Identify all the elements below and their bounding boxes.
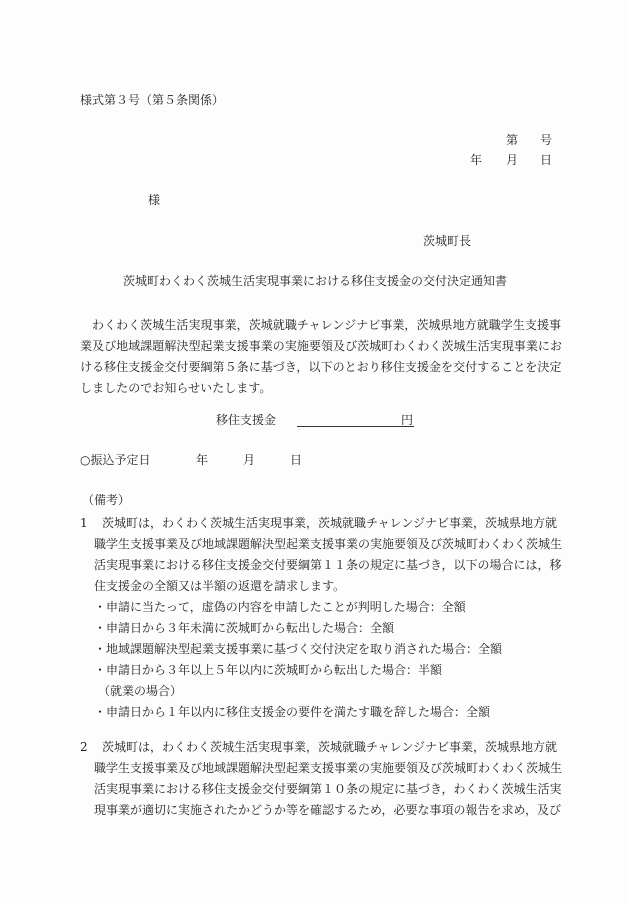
note-line: 住支援金の全額又は半額の返還を請求します。 <box>80 576 560 597</box>
transfer-year: 年 <box>196 454 208 466</box>
note-line: 職学生支援事業及び地域課題解決型起業支援事業の実施要領及び茨城町わくわく茨城生 <box>80 758 560 779</box>
note-1: 1茨城町は，わくわく茨城生活実現事業，茨城就職チャレンジナビ事業，茨城県地方就 … <box>80 513 560 723</box>
body-line: ける移住支援金交付要綱第５条に基づき，以下のとおり移住支援金を交付することを決定 <box>80 357 552 378</box>
note-line: 活実現事業における移住支援金交付要綱第１１条の規定に基づき，以下の場合には，移 <box>80 555 560 576</box>
body-line: しましたのでお知らせいたします。 <box>80 378 552 399</box>
note-subheading: （就業の場合） <box>80 681 560 702</box>
addressee: 様 <box>148 194 160 206</box>
date-year: 年 <box>470 154 482 166</box>
body-paragraph: わくわく茨城生活実現事業，茨城就職チャレンジナビ事業，茨城県地方就職学生支援事 … <box>80 315 552 399</box>
form-number: 様式第３号（第５条関係） <box>80 94 224 106</box>
note-bullet: ・申請日から３年未満に茨城町から転出した場合：全額 <box>80 618 560 639</box>
issuer: 茨城町長 <box>423 235 471 247</box>
transfer-date-label: ○振込予定日 <box>80 454 150 466</box>
body-line: 業及び地域課題解決型起業支援事業の実施要領及び茨城町わくわく茨城生活実現事業にお <box>80 336 552 357</box>
note-number: 1 <box>80 513 102 534</box>
note-number: 2 <box>80 737 102 758</box>
amount-label: 移住支援金 <box>216 414 276 426</box>
date-month: 月 <box>506 154 518 166</box>
amount-unit: 円 <box>401 414 413 426</box>
transfer-month: 月 <box>243 454 255 466</box>
note-bullet: ・地域課題解決型起業支援事業に基づく交付決定を取り消された場合：全額 <box>80 639 560 660</box>
document-title: 茨城町わくわく茨城生活実現事業における移住支援金の交付決定通知書 <box>0 275 630 287</box>
note-line: 現事業が適切に実施されたかどうか等を確認するため，必要な事項の報告を求め，及び <box>80 800 560 821</box>
doc-number-suffix: 号 <box>540 134 552 146</box>
amount-blank-line <box>297 426 414 427</box>
note-bullet: ・申請日から１年以内に移住支援金の要件を満たす職を辞した場合：全額 <box>80 702 560 723</box>
doc-number-prefix: 第 <box>506 134 518 146</box>
transfer-day: 日 <box>290 454 302 466</box>
note-line: 活実現事業における移住支援金交付要綱第１０条の規定に基づき，わくわく茨城生活実 <box>80 779 560 800</box>
note-2: 2茨城町は，わくわく茨城生活実現事業，茨城就職チャレンジナビ事業，茨城県地方就 … <box>80 737 560 821</box>
note-line: 茨城町は，わくわく茨城生活実現事業，茨城就職チャレンジナビ事業，茨城県地方就 <box>102 740 557 754</box>
note-line: 茨城町は，わくわく茨城生活実現事業，茨城就職チャレンジナビ事業，茨城県地方就 <box>102 516 557 530</box>
note-bullet: ・申請に当たって，虚偽の内容を申請したことが判明した場合：全額 <box>80 597 560 618</box>
note-bullet: ・申請日から３年以上５年以内に茨城町から転出した場合：半額 <box>80 660 560 681</box>
body-line: わくわく茨城生活実現事業，茨城就職チャレンジナビ事業，茨城県地方就職学生支援事 <box>80 315 552 336</box>
note-line: 職学生支援事業及び地域課題解決型起業支援事業の実施要領及び茨城町わくわく茨城生 <box>80 534 560 555</box>
date-day: 日 <box>540 154 552 166</box>
remarks-heading: （備考） <box>82 494 130 506</box>
